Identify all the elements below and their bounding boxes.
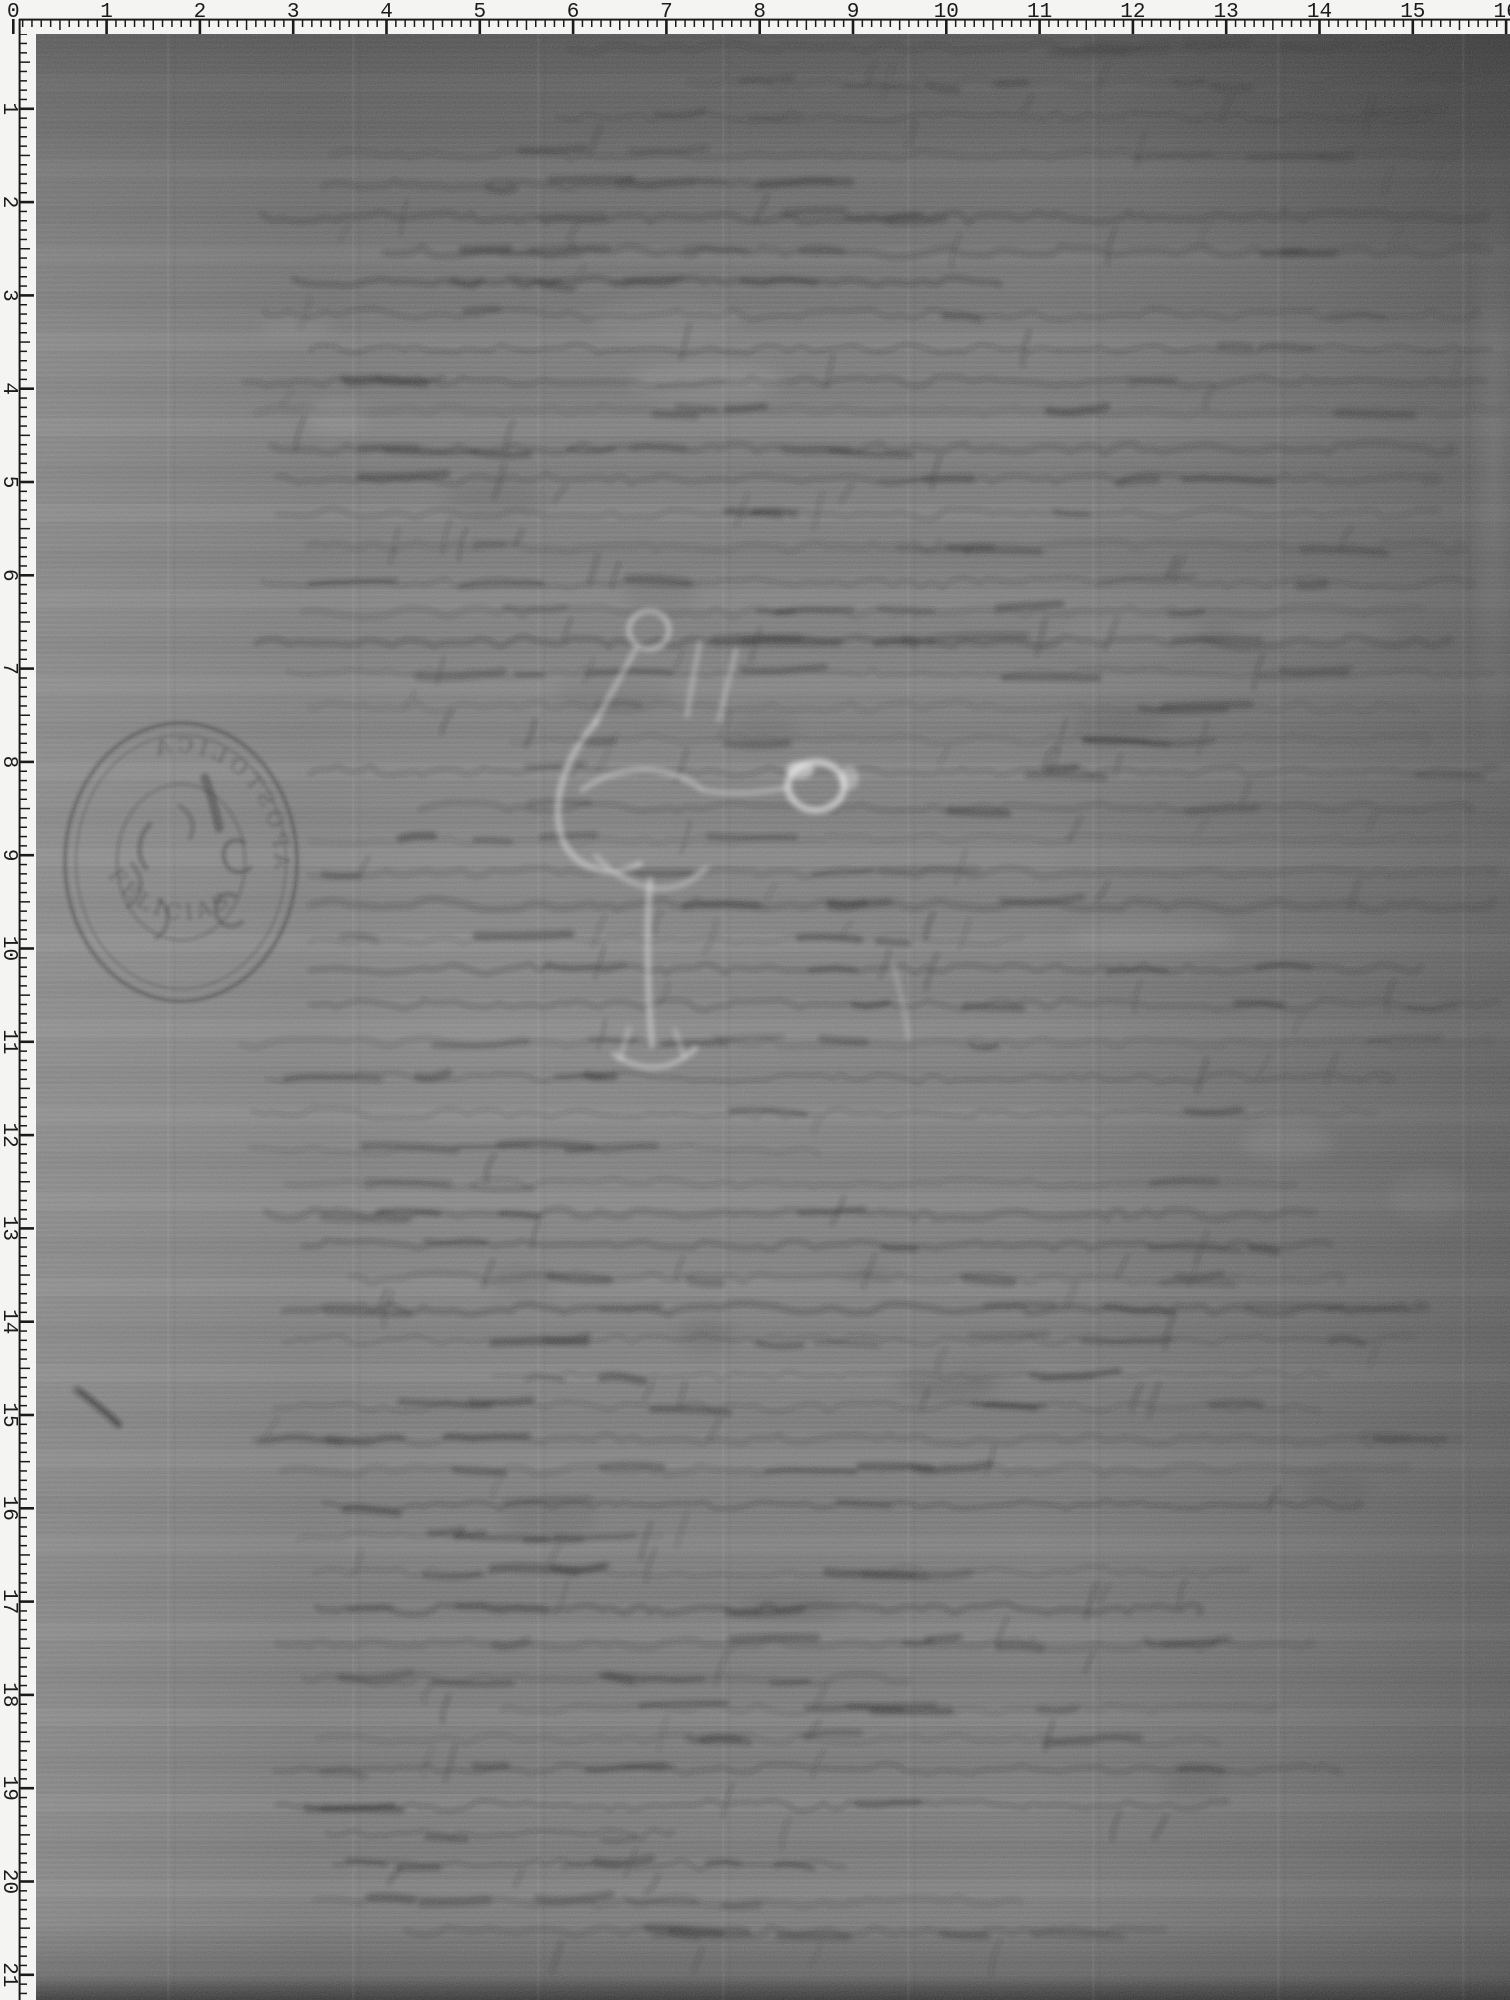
ruler-tick <box>432 19 434 30</box>
ruler-tick <box>19 799 27 801</box>
ruler-tick <box>302 19 304 27</box>
ruler-tick <box>19 332 27 334</box>
ruler-tick <box>862 19 864 27</box>
ruler-tick <box>1067 19 1069 27</box>
ruler-tick <box>19 425 27 427</box>
ruler-tick <box>19 453 27 455</box>
ruler-tick <box>1114 19 1116 27</box>
ruler-tick <box>19 1209 27 1211</box>
ruler-tick <box>19 1153 27 1155</box>
ruler-tick <box>19 257 27 259</box>
ruler-label: 5 <box>0 476 20 489</box>
ruler-tick <box>19 1825 27 1827</box>
ruler-tick <box>19 1396 27 1398</box>
ruler-label: 1 <box>100 1 113 24</box>
ruler-tick <box>1281 19 1283 27</box>
ruler-tick <box>19 491 27 493</box>
ruler-tick <box>19 1638 27 1640</box>
ruler-label: 12 <box>1120 1 1145 24</box>
ruler-tick <box>684 19 686 27</box>
ruler-tick <box>19 1573 27 1575</box>
ruler-tick <box>19 52 27 54</box>
ruler-tick <box>19 416 27 418</box>
ruler-tick <box>19 1880 34 1883</box>
ruler-label: 9 <box>0 849 20 862</box>
ruler-tick <box>19 127 27 129</box>
ruler-tick <box>824 19 826 27</box>
ruler-tick <box>19 947 34 950</box>
scan-image: APOSTOLICA FELICIAS 01234567891011121314… <box>0 0 1510 2000</box>
ruler-tick <box>19 145 27 147</box>
ruler-tick <box>19 789 27 791</box>
ruler-tick <box>19 1909 27 1911</box>
ruler-tick <box>320 19 322 27</box>
ruler-tick <box>19 1657 27 1659</box>
ruler-tick <box>1207 19 1209 27</box>
ruler-label: 12 <box>0 1122 20 1147</box>
ruler-tick <box>19 1293 27 1295</box>
ruler-tick <box>414 19 416 27</box>
ruler-tick <box>19 435 30 437</box>
ruler-tick <box>983 19 985 27</box>
ruler-tick <box>227 19 229 27</box>
ruler-tick <box>1011 19 1013 27</box>
ruler-tick <box>19 1955 27 1957</box>
ruler-tick <box>19 397 27 399</box>
ruler-tick <box>19 574 34 577</box>
ruler-tick <box>442 19 444 27</box>
ruler-tick <box>404 19 406 27</box>
ruler-tick <box>1347 19 1349 27</box>
ruler-tick <box>181 19 183 27</box>
ruler-tick <box>125 19 127 27</box>
ruler-tick <box>19 1386 27 1388</box>
ruler-tick <box>544 19 546 27</box>
ruler-tick <box>731 19 733 27</box>
ruler-tick <box>19 1536 27 1538</box>
ruler-tick <box>796 19 798 27</box>
ruler-label: 7 <box>0 662 20 675</box>
ruler-tick <box>19 1722 27 1724</box>
ruler-tick <box>19 994 30 996</box>
ruler-tick <box>19 1927 30 1929</box>
ruler-tick <box>1151 19 1153 27</box>
ruler-tick <box>19 836 27 838</box>
ruler-tick <box>19 873 27 875</box>
ruler-tick <box>171 19 173 27</box>
ruler-tick <box>750 19 752 27</box>
ruler-tick <box>19 1340 27 1342</box>
ruler-tick <box>619 19 621 30</box>
ruler-tick <box>19 976 27 978</box>
ruler-tick <box>19 910 27 912</box>
ruler-tick <box>19 379 27 381</box>
ruler-tick <box>19 220 27 222</box>
ruler-tick <box>19 387 34 390</box>
ruler-tick <box>19 1349 27 1351</box>
ruler-horizontal-scale: 012345678910111213141516 <box>0 0 1510 34</box>
ruler-tick <box>19 640 27 642</box>
ruler-tick <box>992 19 994 30</box>
ruler-tick <box>19 1713 27 1715</box>
ruler-tick <box>1459 19 1461 30</box>
ruler-tick <box>19 1284 27 1286</box>
ruler-tick <box>19 1097 27 1099</box>
ruler-tick <box>1160 19 1162 27</box>
ruler-tick <box>41 19 43 27</box>
ruler-tick <box>19 920 27 922</box>
ruler-tick <box>806 19 808 30</box>
ruler-tick <box>19 882 27 884</box>
ruler-tick <box>591 19 593 27</box>
ruler-tick <box>59 19 61 30</box>
ruler-tick <box>19 463 27 465</box>
ruler-tick <box>19 715 30 717</box>
ruler-tick <box>19 1899 27 1901</box>
ruler-tick <box>19 407 27 409</box>
ruler-tick <box>19 1507 34 1510</box>
ruler-tick <box>19 1648 30 1650</box>
ruler-tick <box>563 19 565 27</box>
ruler-tick <box>19 593 27 595</box>
ruler-tick <box>19 211 27 213</box>
ruler-tick <box>19 733 27 735</box>
ruler-tick <box>19 1741 30 1743</box>
ruler-tick <box>19 752 27 754</box>
ruler-tick <box>367 19 369 27</box>
ruler-tick <box>19 808 30 810</box>
ruler-tick <box>19 621 30 623</box>
ruler-tick <box>1095 19 1097 27</box>
ruler-label: 11 <box>1027 1 1052 24</box>
ruler-tick <box>19 1769 27 1771</box>
ruler-tick <box>19 1265 27 1267</box>
ruler-tick <box>31 19 33 27</box>
ruler-tick <box>19 631 27 633</box>
ruler-label: 8 <box>0 756 20 769</box>
ruler-label: 18 <box>0 1682 20 1707</box>
ruler-tick <box>19 1078 27 1080</box>
ruler-tick <box>1076 19 1078 27</box>
ruler-label: 6 <box>567 1 580 24</box>
ruler-tick <box>19 239 27 241</box>
ruler-label: 16 <box>0 1496 20 1521</box>
ruler-tick <box>19 761 34 764</box>
ruler-tick <box>19 1694 34 1697</box>
ruler-tick <box>19 285 27 287</box>
ruler-tick <box>19 1600 34 1603</box>
ruler-tick <box>1263 19 1265 27</box>
ruler-tick <box>1384 19 1386 27</box>
ruler-tick <box>19 1106 27 1108</box>
ruler-tick <box>348 19 350 27</box>
ruler-tick <box>19 892 27 894</box>
ruler-label: 3 <box>287 1 300 24</box>
ruler-label: 1 <box>0 102 20 115</box>
ruler-tick <box>19 1274 30 1276</box>
ruler-tick <box>19 201 34 204</box>
ruler-tick <box>19 771 27 773</box>
ruler-tick <box>19 705 27 707</box>
ruler-tick <box>274 19 276 27</box>
ruler-tick <box>19 1480 27 1482</box>
ruler-tick <box>1356 19 1358 27</box>
ruler-tick <box>516 19 518 27</box>
ruler-tick <box>19 323 27 325</box>
ruler-tick <box>19 1013 27 1015</box>
ruler-tick <box>974 19 976 27</box>
ruler-horizontal: 012345678910111213141516 <box>0 0 1510 34</box>
ruler-tick <box>255 19 257 27</box>
ruler-tick <box>19 1134 34 1137</box>
ruler-tick <box>1188 19 1190 27</box>
ruler-tick <box>722 19 724 27</box>
ruler-tick <box>19 1461 30 1463</box>
ruler-tick <box>656 19 658 27</box>
ruler-tick <box>1291 19 1293 27</box>
ruler-tick <box>19 519 27 521</box>
ruler-vertical: 123456789101112131415161718192021 <box>0 34 36 2000</box>
ruler-tick <box>1020 19 1022 27</box>
ruler-tick <box>19 1172 27 1174</box>
ruler-tick <box>19 1060 27 1062</box>
ruler-tick <box>19 117 27 119</box>
ruler-tick <box>19 724 27 726</box>
ruler-tick <box>19 351 27 353</box>
ruler-tick <box>19 1358 27 1360</box>
ruler-tick <box>19 743 27 745</box>
ruler-tick <box>162 19 164 27</box>
ruler-tick <box>19 1246 27 1248</box>
ruler-tick <box>1393 19 1395 27</box>
ruler-tick <box>19 1564 27 1566</box>
noise-overlay <box>36 34 1510 2000</box>
ruler-label: 13 <box>1214 1 1239 24</box>
ruler-tick <box>1337 19 1339 27</box>
ruler-label: 19 <box>0 1776 20 1801</box>
ruler-tick <box>19 34 27 35</box>
ruler-tick <box>19 1377 27 1379</box>
ruler-tick <box>19 1041 34 1044</box>
ruler-tick <box>19 1843 27 1845</box>
ruler-tick <box>19 1620 27 1622</box>
ruler-tick <box>358 19 360 27</box>
ruler-tick <box>703 19 705 27</box>
ruler-tick <box>19 547 27 549</box>
ruler-label: 10 <box>0 936 20 961</box>
ruler-tick <box>1431 19 1433 27</box>
ruler-tick <box>19 294 34 297</box>
ruler-tick <box>918 19 920 27</box>
ruler-tick <box>19 1676 27 1678</box>
ruler-tick <box>19 556 27 558</box>
ruler-tick <box>19 444 27 446</box>
ruler-tick <box>339 19 341 30</box>
ruler-tick <box>19 192 27 194</box>
ruler-tick <box>19 1526 27 1528</box>
ruler-tick <box>19 248 30 250</box>
ruler-tick <box>19 528 30 530</box>
ruler-tick <box>19 313 27 315</box>
ruler-tick <box>1449 19 1451 27</box>
ruler-tick <box>19 966 27 968</box>
ruler-label: 6 <box>0 569 20 582</box>
ruler-tick <box>330 19 332 27</box>
ruler-tick <box>19 1190 27 1192</box>
ruler-tick <box>423 19 425 27</box>
ruler-label: 14 <box>1307 1 1332 24</box>
ruler-tick <box>19 565 27 567</box>
ruler-tick <box>1365 19 1367 30</box>
ruler-tick <box>1468 19 1470 27</box>
ruler-tick <box>19 1937 27 1939</box>
ruler-tick <box>1058 19 1060 27</box>
ruler-label: 21 <box>0 1962 20 1987</box>
ruler-tick <box>1272 19 1274 30</box>
ruler-tick <box>19 155 30 157</box>
ruler-tick <box>19 1181 30 1183</box>
ruler-tick <box>19 659 27 661</box>
ruler-tick <box>19 1666 27 1668</box>
ruler-tick <box>19 1433 27 1435</box>
ruler-tick <box>209 19 211 27</box>
ruler-tick <box>554 19 556 27</box>
ruler-tick <box>283 19 285 27</box>
ruler-label: 15 <box>1400 1 1425 24</box>
ruler-tick <box>19 164 27 166</box>
ruler-tick <box>311 19 313 27</box>
ruler-tick <box>19 1862 27 1864</box>
ruler-tick <box>647 19 649 27</box>
ruler-tick <box>1179 19 1181 30</box>
ruler-tick <box>19 1582 27 1584</box>
ruler-tick <box>19 80 27 82</box>
ruler-tick <box>22 19 24 27</box>
ruler-tick <box>1300 19 1302 27</box>
ruler-tick <box>451 19 453 27</box>
ruler-tick <box>498 19 500 27</box>
ruler-tick <box>1244 19 1246 27</box>
ruler-tick <box>19 1227 34 1230</box>
ruler-tick <box>19 1946 27 1948</box>
ruler-tick <box>246 19 248 30</box>
ruler-tick <box>582 19 584 27</box>
ruler-tick <box>1170 19 1172 27</box>
ruler-tick <box>1487 19 1489 27</box>
ruler-label: 10 <box>934 1 959 24</box>
ruler-tick <box>19 901 30 903</box>
ruler-tick <box>134 19 136 27</box>
ruler-label: 9 <box>847 1 860 24</box>
ruler-tick <box>19 71 27 73</box>
ruler-tick <box>19 649 27 651</box>
ruler-tick <box>1253 19 1255 27</box>
ruler-label: 4 <box>0 382 20 395</box>
ruler-tick <box>843 19 845 27</box>
ruler-tick <box>19 1200 27 1202</box>
ruler-label: 3 <box>0 289 20 302</box>
ruler-tick <box>265 19 267 27</box>
ruler-tick <box>19 183 27 185</box>
ruler-tick <box>19 612 27 614</box>
ruler-tick <box>880 19 882 27</box>
ruler-tick <box>638 19 640 27</box>
ruler-tick <box>507 19 509 27</box>
ruler-tick <box>19 1545 27 1547</box>
ruler-tick <box>19 108 34 111</box>
ruler-tick <box>19 173 27 175</box>
ruler-label: 7 <box>660 1 673 24</box>
ruler-tick <box>19 1834 30 1836</box>
ruler-tick <box>19 780 27 782</box>
ruler-tick <box>19 1302 27 1304</box>
ruler-tick <box>19 1554 30 1556</box>
ruler-tick <box>19 1368 30 1370</box>
ruler-label: 16 <box>1493 1 1510 24</box>
ruler-tick <box>19 136 27 138</box>
ruler-tick <box>218 19 220 27</box>
ruler-tick <box>740 19 742 27</box>
ruler-tick <box>1440 19 1442 27</box>
ruler-label: 5 <box>473 1 486 24</box>
ruler-tick <box>19 1974 34 1977</box>
ruler-tick <box>237 19 239 27</box>
ruler-tick <box>600 19 602 27</box>
ruler-label: 11 <box>0 1029 20 1054</box>
ruler-tick <box>19 854 34 857</box>
ruler-tick <box>1375 19 1377 27</box>
ruler-tick <box>19 1629 27 1631</box>
ruler-tick <box>19 537 27 539</box>
ruler-label: 20 <box>0 1869 20 1894</box>
ruler-tick <box>19 817 27 819</box>
ruler-tick <box>1086 19 1088 30</box>
ruler-tick <box>19 360 27 362</box>
ruler-tick <box>19 276 27 278</box>
ruler-tick <box>19 845 27 847</box>
ruler-tick <box>19 1750 27 1752</box>
ruler-tick <box>19 304 27 306</box>
ruler-tick <box>19 229 27 231</box>
ruler-tick <box>675 19 677 27</box>
ruler-tick <box>19 341 30 343</box>
ruler-tick <box>535 19 537 27</box>
ruler-tick <box>19 1414 34 1417</box>
ruler-tick <box>834 19 836 27</box>
ruler-tick <box>778 19 780 27</box>
ruler-tick <box>19 267 27 269</box>
ruler-tick <box>19 864 27 866</box>
ruler-tick <box>19 1470 27 1472</box>
ruler-tick <box>890 19 892 27</box>
ruler-label: 4 <box>380 1 393 24</box>
ruler-tick <box>19 696 27 698</box>
ruler-tick <box>19 1918 27 1920</box>
ruler-tick <box>871 19 873 27</box>
ruler-label: 0 <box>7 1 20 24</box>
ruler-tick <box>19 1320 34 1323</box>
ruler-tick <box>19 509 27 511</box>
ruler-tick <box>19 603 27 605</box>
ruler-tick <box>19 687 27 689</box>
ruler-tick <box>19 369 27 371</box>
ruler-label: 17 <box>0 1589 20 1614</box>
ruler-tick <box>1477 19 1479 27</box>
ruler-tick <box>19 1004 27 1006</box>
ruler-vertical-scale: 123456789101112131415161718192021 <box>0 34 36 2000</box>
ruler-tick <box>19 1732 27 1734</box>
ruler-tick <box>899 19 901 30</box>
